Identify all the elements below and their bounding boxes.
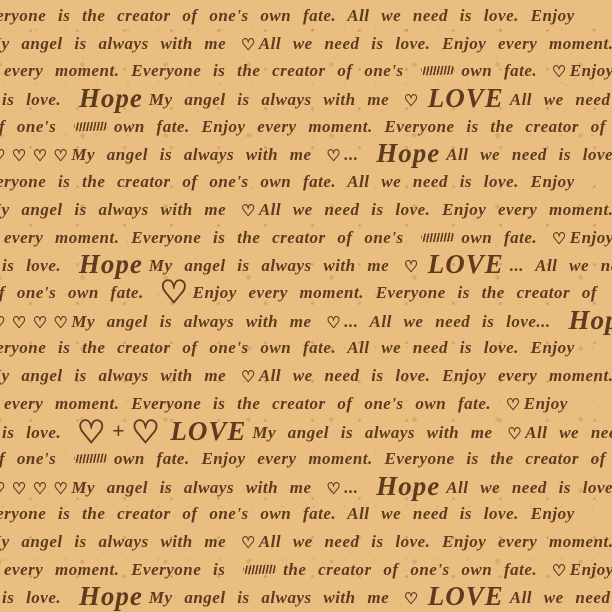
handwritten-text: own fate. (461, 61, 537, 80)
heart-icon: ♡ (238, 203, 259, 220)
handwritten-text: Enjoy (524, 394, 568, 413)
pattern-line: every moment. Everyone is the creator of… (4, 390, 612, 418)
big-word: Hope (370, 471, 446, 501)
scribble-mark (421, 232, 455, 242)
handwritten-text: All we need is love. Enjoy every moment.… (259, 34, 612, 53)
scribble-mark (74, 121, 108, 131)
handwritten-text: My angel is always with me (149, 90, 389, 109)
heart-icon: ♡ (51, 481, 72, 498)
handwritten-text: Enjoy (570, 560, 612, 579)
pattern-line: is love. ♡+♡LOVEMy angel is always with … (2, 417, 612, 445)
pattern-line: ♡♡♡♡My angel is always with me ♡... All … (0, 307, 612, 335)
handwritten-text: My angel is always with me (0, 34, 226, 53)
handwritten-text: the creator of one's own fate. (283, 560, 537, 579)
heart-icon: ♡ (401, 259, 422, 276)
pattern-line: of one's own fate. Enjoy every moment. E… (0, 113, 612, 141)
pattern-line: of one's own fate. ♡Enjoy every moment. … (0, 279, 612, 307)
scribble-mark (74, 453, 108, 463)
handwritten-text: every moment. Everyone is the creator of… (4, 228, 404, 247)
heart-icon: ♡ (323, 315, 344, 332)
pattern-line: is love. HopeMy angel is always with me … (2, 583, 612, 611)
pattern-line: My angel is always with me ♡All we need … (0, 30, 612, 58)
heart-icon: ♡ (323, 148, 344, 165)
handwritten-text: everyone is the creator of one's own fat… (0, 338, 575, 357)
pattern-lines: everyone is the creator of one's own fat… (0, 0, 612, 611)
heart-icon: ♡ (401, 93, 422, 110)
heart-icon: ♡ (51, 148, 72, 165)
handwritten-text: ... (344, 145, 358, 164)
handwritten-text: All we need is love. Enjoy every moment.… (259, 366, 612, 385)
handwritten-text: My angel is always with me (0, 532, 226, 551)
big-word: Hope (562, 305, 612, 335)
pattern-line: everyone is the creator of one's own fat… (0, 334, 612, 362)
handwritten-text: My angel is always with me (252, 423, 492, 442)
heart-icon: ♡ (9, 481, 30, 498)
heart-icon: ♡ (51, 315, 72, 332)
pattern-line: everyone is the creator of one's own fat… (0, 168, 612, 196)
heart-icon: ♡ (504, 426, 525, 443)
handwritten-text: everyone is the creator of one's own fat… (0, 504, 575, 523)
handwritten-text: everyone is the creator of one's own fat… (0, 6, 575, 25)
heart-icon: ♡ (238, 369, 259, 386)
handwritten-text: Enjoy (570, 228, 612, 247)
pattern-line: is love. HopeMy angel is always with me … (2, 251, 612, 279)
heart-icon: ♡ (0, 481, 9, 498)
handwritten-text: of one's own fate. (0, 283, 144, 302)
handwritten-text: own fate. Enjoy every moment. Everyone i… (114, 449, 606, 468)
handwritten-text: My angel is always with me (71, 145, 311, 164)
heart-icon: ♡ (30, 148, 51, 165)
heart-icon: ♡ (0, 315, 9, 332)
heart-icon: ♡ (9, 148, 30, 165)
handwritten-text: All we need (510, 90, 611, 109)
pattern-line: is love. HopeMy angel is always with me … (2, 85, 612, 113)
handwritten-text: of one's (0, 117, 56, 136)
handwritten-text: My angel is always with me (71, 478, 311, 497)
heart-icon: ♡ (238, 535, 259, 552)
heart-icon: ♡ (549, 563, 570, 580)
handwritten-text: All we need is love. Enjoy every moment.… (259, 200, 612, 219)
pattern-line: ♡♡♡♡My angel is always with me ♡... Hope… (0, 140, 612, 168)
handwritten-text: Enjoy every moment. Everyone is the crea… (193, 283, 597, 302)
handwritten-text: My angel is always with me (0, 366, 226, 385)
big-word: LOVE (164, 416, 252, 446)
handwritten-text: Enjoy (570, 61, 612, 80)
big-word: Hope (73, 83, 149, 113)
handwritten-text: All we need is love... (446, 145, 612, 164)
handwritten-text: everyone is the creator of one's own fat… (0, 172, 575, 191)
heart-icon: ♡ (323, 481, 344, 498)
pattern-line: every moment. Everyone is the creator of… (4, 224, 612, 252)
big-word: Hope (73, 249, 149, 279)
handwritten-text: My angel is always with me (149, 256, 389, 275)
handwritten-pattern-background: everyone is the creator of one's own fat… (0, 0, 612, 612)
heart-icon: ♡ (238, 37, 259, 54)
big-word: LOVE (422, 249, 510, 279)
handwritten-text: is love. (2, 588, 61, 607)
handwritten-text: All we need is love... (446, 478, 612, 497)
heart-icon: ♡ (549, 231, 570, 248)
handwritten-text: All we need (510, 588, 611, 607)
handwritten-text: My angel is always with me (71, 312, 311, 331)
heart-icon: ♡ (401, 591, 422, 608)
handwritten-text: All we need is love. Enjoy every moment.… (259, 532, 612, 551)
scribble-mark (243, 564, 277, 574)
heart-icon: ♡ (30, 315, 51, 332)
big-word: LOVE (422, 581, 510, 611)
scribble-mark (421, 66, 455, 76)
handwritten-text: every moment. Everyone is the creator of… (4, 61, 404, 80)
handwritten-text: My angel is always with me (149, 588, 389, 607)
pattern-line: My angel is always with me ♡All we need … (0, 528, 612, 556)
handwritten-text: is love. (2, 256, 61, 275)
big-word: Hope (73, 581, 149, 611)
handwritten-text: every moment. Everyone is the creator of… (4, 394, 491, 413)
handwritten-text: own fate. Enjoy every moment. Everyone i… (114, 117, 606, 136)
handwritten-text: My angel is always with me (0, 200, 226, 219)
heart-icon: ♡ (503, 397, 524, 414)
pattern-line: everyone is the creator of one's own fat… (0, 500, 612, 528)
handwritten-text: is love. (2, 90, 61, 109)
pattern-line: My angel is always with me ♡All we need … (0, 362, 612, 390)
handwritten-text: ... (344, 478, 358, 497)
heart-icon: ♡ (155, 274, 192, 310)
handwritten-text: ... All we need (510, 256, 612, 275)
handwritten-text: All we need (525, 423, 612, 442)
big-word: Hope (370, 138, 446, 168)
handwritten-text: ... All we need is love... (344, 312, 551, 331)
handwritten-text: every moment. Everyone is (4, 560, 225, 579)
pattern-line: everyone is the creator of one's own fat… (0, 2, 612, 30)
big-word: LOVE (422, 83, 510, 113)
handwritten-text: own fate. (461, 228, 537, 247)
pattern-line: ♡♡♡♡My angel is always with me ♡... Hope… (0, 473, 612, 501)
handwritten-text: is love. (2, 423, 61, 442)
heart-icon: ♡ (9, 315, 30, 332)
heart-icon: ♡ (549, 64, 570, 81)
pattern-line: every moment. Everyone is the creator of… (4, 556, 612, 584)
heart-icon: ♡ (30, 481, 51, 498)
heart-icon: ♡ (0, 148, 9, 165)
handwritten-text: of one's (0, 449, 56, 468)
pattern-line: of one's own fate. Enjoy every moment. E… (0, 445, 612, 473)
pattern-line: every moment. Everyone is the creator of… (4, 57, 612, 85)
pattern-line: My angel is always with me ♡All we need … (0, 196, 612, 224)
plus-sign: + (110, 418, 127, 443)
